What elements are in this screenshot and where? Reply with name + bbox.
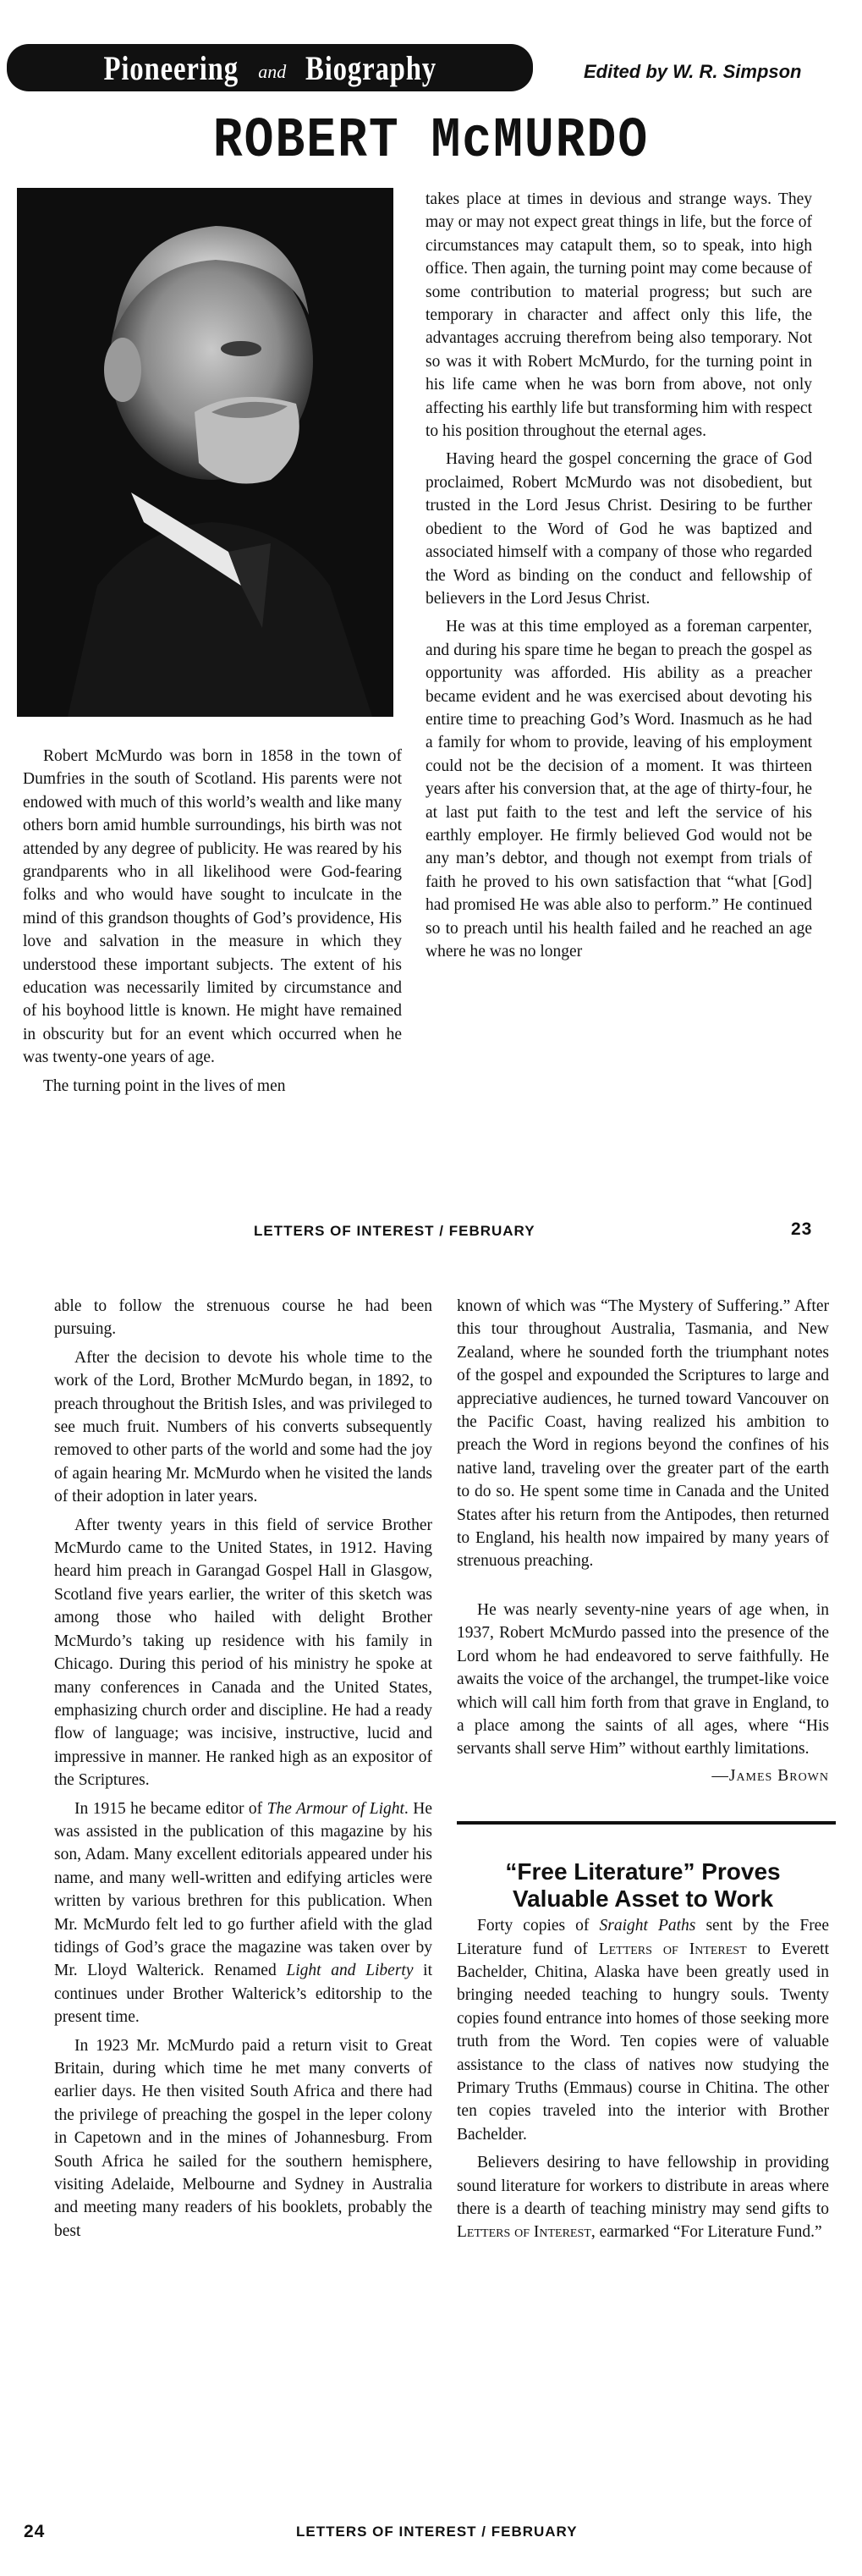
paragraph: After twenty years in this field of serv…	[54, 1514, 432, 1792]
banner-word-pioneering: Pioneering	[103, 48, 238, 88]
text-run: Forty copies of	[477, 1917, 599, 1935]
page23-left-column: Robert McMurdo was born in 1858 in the t…	[23, 745, 402, 1098]
paragraph: takes place at times in devious and stra…	[426, 188, 812, 443]
portrait-photo	[17, 188, 393, 717]
page23-right-column: takes place at times in devious and stra…	[426, 188, 812, 963]
magazine-name: Letters of Interest	[599, 1940, 747, 1958]
page-number: 24	[24, 2522, 45, 2542]
text-run: , earmarked “For Literature Fund.”	[591, 2223, 822, 2241]
text-run: In 1915 he became editor of	[74, 1800, 267, 1818]
page24-right-column: known of which was “The Mystery of Suffe…	[457, 1295, 829, 2244]
editor-credit: Edited by W. R. Simpson	[584, 61, 802, 83]
page-24: able to follow the strenuous course he h…	[0, 1244, 862, 2576]
banner-connector: and	[258, 61, 286, 83]
paragraph: He was at this time employed as a forema…	[426, 615, 812, 963]
page-footer: LETTERS OF INTEREST / FEBRUARY	[296, 2524, 578, 2540]
magazine-name: Letters of Interest	[457, 2223, 591, 2241]
page-footer: LETTERS OF INTEREST / FEBRUARY	[254, 1223, 535, 1240]
sidebar-heading: “Free Literature” Proves Valuable Asset …	[457, 1858, 829, 1913]
booklet-title: Sraight Paths	[599, 1917, 695, 1935]
page-23: Pioneering and Biography Edited by W. R.…	[0, 0, 862, 1244]
paragraph: The turning point in the lives of men	[23, 1075, 402, 1098]
text-run: Believers desiring to have fellowship in…	[457, 2154, 829, 2218]
sidebar-paragraph: Forty copies of Sraight Paths sent by th…	[457, 1914, 829, 2146]
paragraph: Having heard the gospel concerning the g…	[426, 448, 812, 610]
paragraph: known of which was “The Mystery of Suffe…	[457, 1295, 829, 1573]
page24-left-column: able to follow the strenuous course he h…	[54, 1295, 432, 2243]
paragraph: He was nearly seventy-nine years of age …	[457, 1599, 829, 1761]
paragraph: able to follow the strenuous course he h…	[54, 1295, 432, 1341]
paragraph: After the decision to devote his whole t…	[54, 1346, 432, 1509]
magazine-title-armour-of-light: The Armour of Light	[267, 1800, 404, 1818]
magazine-title-light-and-liberty: Light and Liberty	[286, 1962, 413, 1979]
author-signature: —James Brown	[457, 1764, 829, 1787]
section-divider	[457, 1821, 836, 1825]
paragraph: Robert McMurdo was born in 1858 in the t…	[23, 745, 402, 1070]
sidebar-paragraph: Believers desiring to have fellowship in…	[457, 2151, 829, 2244]
page-number: 23	[791, 1219, 812, 1240]
section-banner: Pioneering and Biography	[7, 44, 533, 91]
text-run: . He was assisted in the publication of …	[54, 1800, 432, 1980]
text-run: to Everett Bachelder, Chitina, Alaska ha…	[457, 1940, 829, 2144]
paragraph: In 1923 Mr. McMurdo paid a return visit …	[54, 2034, 432, 2243]
sidebar-heading-line1: “Free Literature” Proves	[457, 1858, 829, 1885]
paragraph: In 1915 he became editor of The Armour o…	[54, 1797, 432, 2029]
sidebar-heading-line2: Valuable Asset to Work	[457, 1885, 829, 1913]
banner-word-biography: Biography	[305, 48, 436, 88]
portrait-image-icon	[17, 188, 393, 717]
article-title: ROBERT McMURDO	[0, 110, 862, 173]
